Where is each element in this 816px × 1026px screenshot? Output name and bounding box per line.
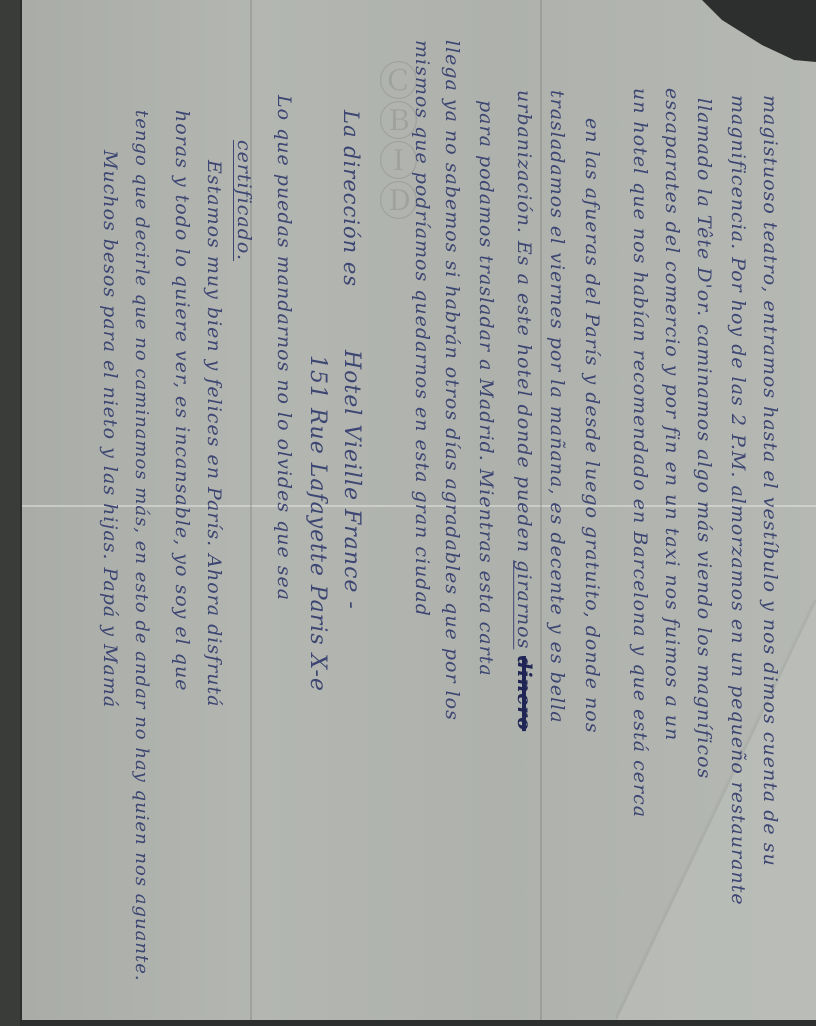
fold-crease-vertical	[540, 0, 542, 1020]
letter-line: magistuoso teatro, entramos hasta el ves…	[760, 95, 779, 867]
closing-line: tengo que decirle que no caminamos más, …	[132, 110, 150, 982]
address-line-2: 151 Rue Lafayette Paris X-e	[306, 355, 328, 692]
letter-line: un hotel que nos habían recomendado en B…	[630, 88, 649, 818]
scanner-edge	[0, 0, 20, 1026]
letter-line: llamado la Tête D'or. caminamos algo más…	[694, 98, 713, 779]
signature-line: Muchos besos para el nieto y las hijas. …	[100, 150, 119, 708]
letter-line-text: urbanización. Es a este hotel donde pued…	[513, 90, 535, 553]
letter-line: magnificencia. Por hoy de las 2 P.M. alm…	[728, 95, 747, 906]
letter-line: escaparates del comercio y por fin en un…	[662, 88, 681, 741]
letter-line: en las afueras del París y desde luego g…	[582, 118, 601, 733]
letter-line: para podamos trasladar a Madrid. Mientra…	[476, 100, 495, 677]
closing-line: horas y todo lo quiere ver, es incansabl…	[172, 110, 191, 691]
underlined-word: girarnos	[513, 560, 535, 649]
address-intro: La dirección es	[340, 110, 361, 287]
letter-page: ⒸⒷⒾⒹ magistuoso teatro, entramos hasta e…	[22, 0, 816, 1020]
crossed-out-word: dinero	[514, 656, 533, 731]
address-line-1: Hotel Vieille France -	[340, 350, 362, 610]
closing-line-underlined: certificado.	[234, 140, 253, 261]
letter-line: trasladamos el viernes por la mañana, es…	[547, 90, 566, 724]
letter-line: mismos que podríamos quedarnos en esta g…	[412, 40, 431, 617]
closing-line: Estamos muy bien y felices en París. Aho…	[204, 160, 223, 707]
closing-line: Lo que puedas mandarnos no lo olvides qu…	[274, 95, 293, 601]
letter-line: urbanización. Es a este hotel donde pued…	[514, 90, 533, 731]
letter-line: llega ya no sabemos si habrán otros días…	[442, 40, 461, 721]
